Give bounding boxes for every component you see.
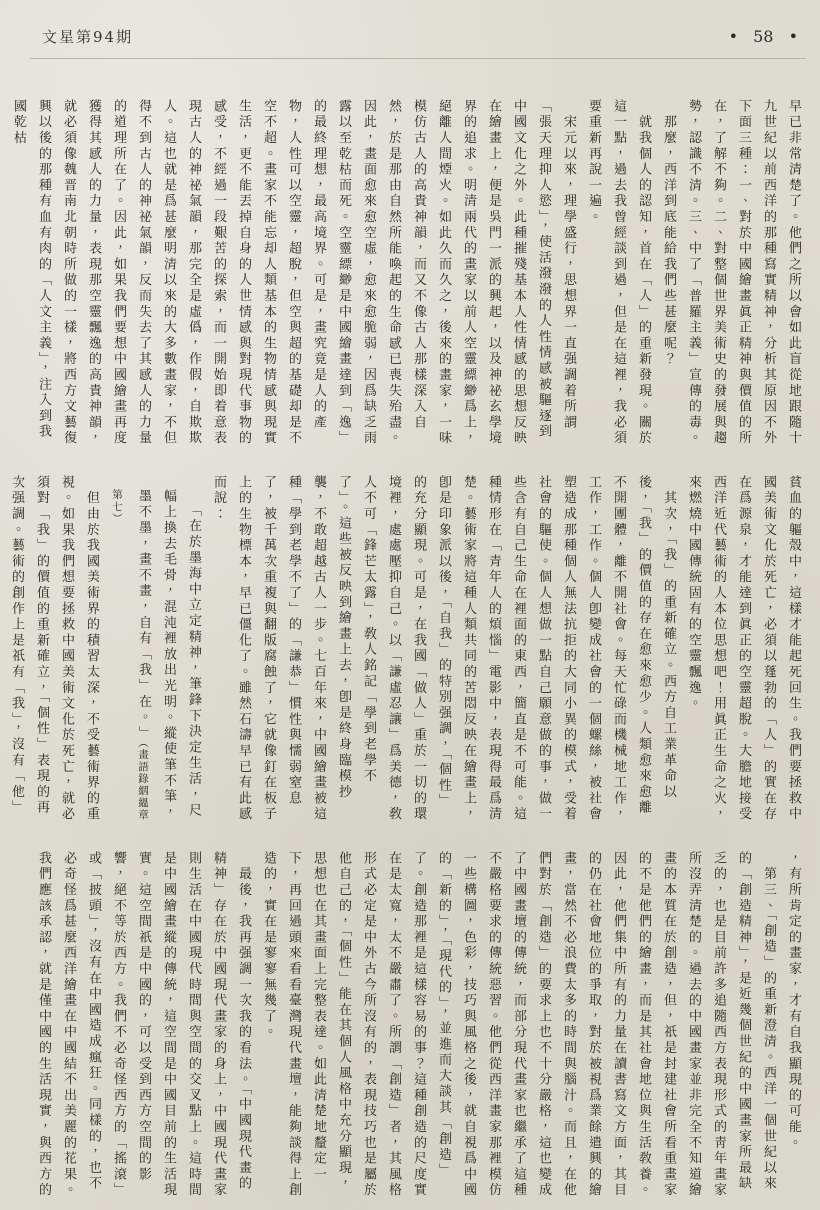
magazine-title: 文星第94期 (42, 26, 133, 47)
article-paragraph: 就我個人的認知，首在「人」的重新發現。關於這一點，過去我曾經談到過，但是在這裡，… (581, 99, 656, 447)
article-paragraph: 但由於我國美術界的積習太深，不受藝術界的重視。如果我們想要拯救中國美術文化於死亡… (0, 475, 104, 823)
article-paragraph: 那麼，西洋到底能給我們些甚麼呢？ (656, 99, 681, 447)
shitao-quote: 「在於墨海中立定精神，筆鋒下決定生活，尺幅上換去毛骨，混沌裡放出光明。縱使筆不筆… (104, 475, 206, 823)
article-paragraph: 最後，我再强調一次我的看法。「中國現代畫的精神」存在於中國現代畫家的身上，中國現… (31, 851, 256, 1199)
header-rule (30, 58, 806, 59)
article-paragraph: 其次，「我」的重新確立。西方自工業革命以後，「我」的價值的存在愈來愈少。人類愈來… (206, 475, 681, 823)
article-paragraph: 貧血的軀殼中，這樣才能起死回生。我們要拯救中國美術文化於死亡，必須以蓬勃的「人」… (681, 475, 806, 823)
text-band-bottom: ，有所肯定的畫家，才有自我顯現的可能。 第三、「創造」的重新澄清。西洋一個世紀以… (30, 851, 806, 1199)
magazine-page: 文星第94期 • 58 • 早已非常清楚了。他們之所以會如此盲從地跟隨十九世紀以… (0, 0, 820, 1210)
article-paragraph: 宋元以來，理學盛行，思想界一直强調着所謂「張天理抑人慾」，使活潑潑的人性情感被驅… (6, 99, 581, 447)
page-number: • 58 • (729, 27, 798, 46)
text-band-middle: 貧血的軀殼中，這樣才能起死回生。我們要拯救中國美術文化於死亡，必須以蓬勃的「人」… (30, 475, 806, 823)
page-header: 文星第94期 • 58 • (30, 26, 806, 52)
text-band-top: 早已非常清楚了。他們之所以會如此盲從地跟隨十九世紀以前西洋的那種寫實精神，分析其… (30, 99, 806, 447)
article-paragraph: 第三、「創造」的重新澄清。西洋一個世紀以來的「創造精神」，是近幾個世紀的中國畫家… (256, 851, 781, 1199)
article-paragraph: ，有所肯定的畫家，才有自我顯現的可能。 (781, 851, 806, 1199)
article-body: 早已非常清楚了。他們之所以會如此盲從地跟隨十九世紀以前西洋的那種寫實精神，分析其… (30, 99, 806, 1199)
article-paragraph: 早已非常清楚了。他們之所以會如此盲從地跟隨十九世紀以前西洋的那種寫實精神，分析其… (681, 99, 806, 447)
